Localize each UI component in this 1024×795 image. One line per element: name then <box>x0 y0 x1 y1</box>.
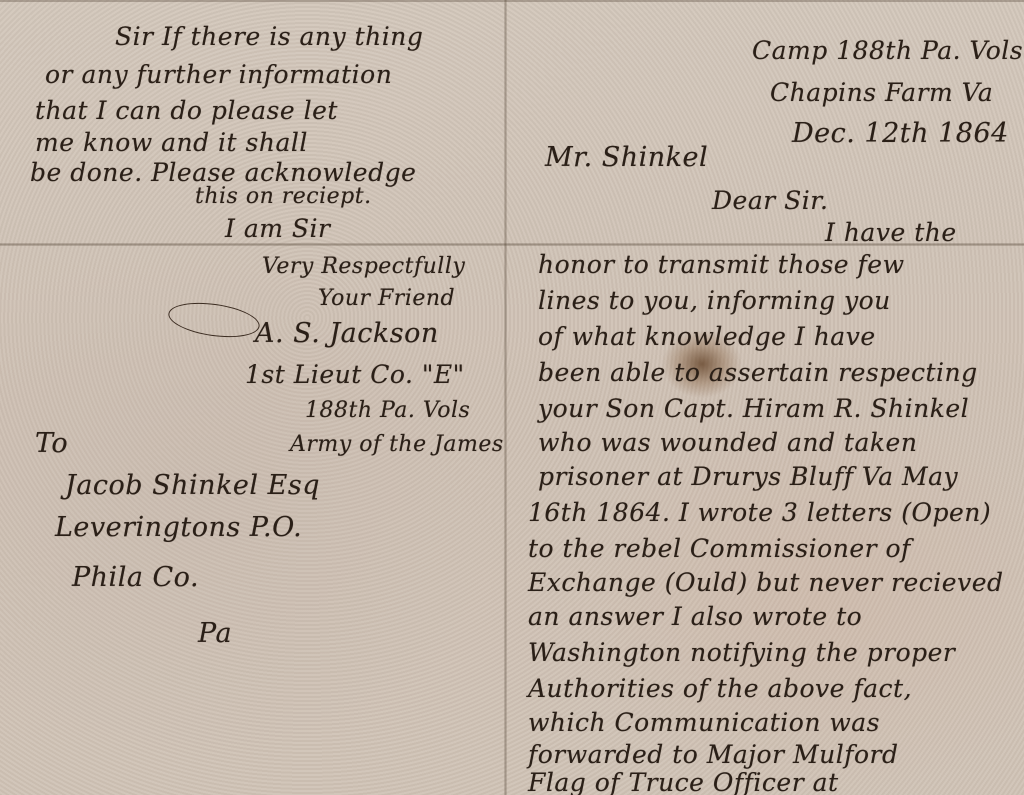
body-line: which Communication was <box>528 708 880 737</box>
heading-location: Chapins Farm Va <box>770 78 993 107</box>
body-line: I have the <box>825 218 957 247</box>
address-line: Phila Co. <box>72 562 199 593</box>
left-body-line: Sir If there is any thing <box>115 22 423 51</box>
left-body-line: that I can do please let <box>35 96 338 125</box>
body-line: of what knowledge I have <box>538 322 876 351</box>
body-line: Exchange (Ould) but never recieved <box>528 568 1004 597</box>
body-line: your Son Capt. Hiram R. Shinkel <box>538 394 969 423</box>
addressee: Mr. Shinkel <box>545 142 708 173</box>
body-line: prisoner at Drurys Bluff Va May <box>538 462 958 491</box>
paper-edge <box>0 0 1024 2</box>
closing-line: Very Respectfully <box>262 254 465 279</box>
body-line: lines to you, informing you <box>538 286 891 315</box>
vertical-fold-line <box>504 0 507 795</box>
greeting: Dear Sir. <box>712 186 828 215</box>
signature-rank: 1st Lieut Co. "E" <box>245 360 465 389</box>
left-body-line: this on reciept. <box>195 184 372 209</box>
heading-date: Dec. 12th 1864 <box>792 118 1009 149</box>
left-body-line: me know and it shall <box>35 128 308 157</box>
body-line: Washington notifying the proper <box>528 638 955 667</box>
left-body-line: or any further information <box>45 60 392 89</box>
body-line: to the rebel Commissioner of <box>528 534 911 563</box>
body-line: honor to transmit those few <box>538 250 905 279</box>
body-line: Authorities of the above fact, <box>528 674 912 703</box>
address-name: Jacob Shinkel Esq <box>65 470 320 501</box>
body-line: 16th 1864. I wrote 3 letters (Open) <box>528 498 991 527</box>
closing-line: I am Sir <box>225 214 330 243</box>
heading-camp: Camp 188th Pa. Vols <box>752 36 1023 65</box>
body-line: Flag of Truce Officer at <box>528 768 839 795</box>
address-line: Leveringtons P.O. <box>55 512 302 543</box>
signature-name: A. S. Jackson <box>255 318 439 349</box>
body-line: forwarded to Major Mulford <box>528 740 898 769</box>
signature-regiment: 188th Pa. Vols <box>305 398 470 423</box>
signature-army: Army of the James <box>290 432 504 457</box>
closing-line: Your Friend <box>318 286 455 311</box>
left-body-line: be done. Please acknowledge <box>30 158 416 187</box>
body-line: who was wounded and taken <box>538 428 917 457</box>
body-line: an answer I also wrote to <box>528 602 862 631</box>
address-line: Pa <box>198 618 232 649</box>
body-line: been able to assertain respecting <box>538 358 978 387</box>
address-prefix: To <box>35 428 68 459</box>
